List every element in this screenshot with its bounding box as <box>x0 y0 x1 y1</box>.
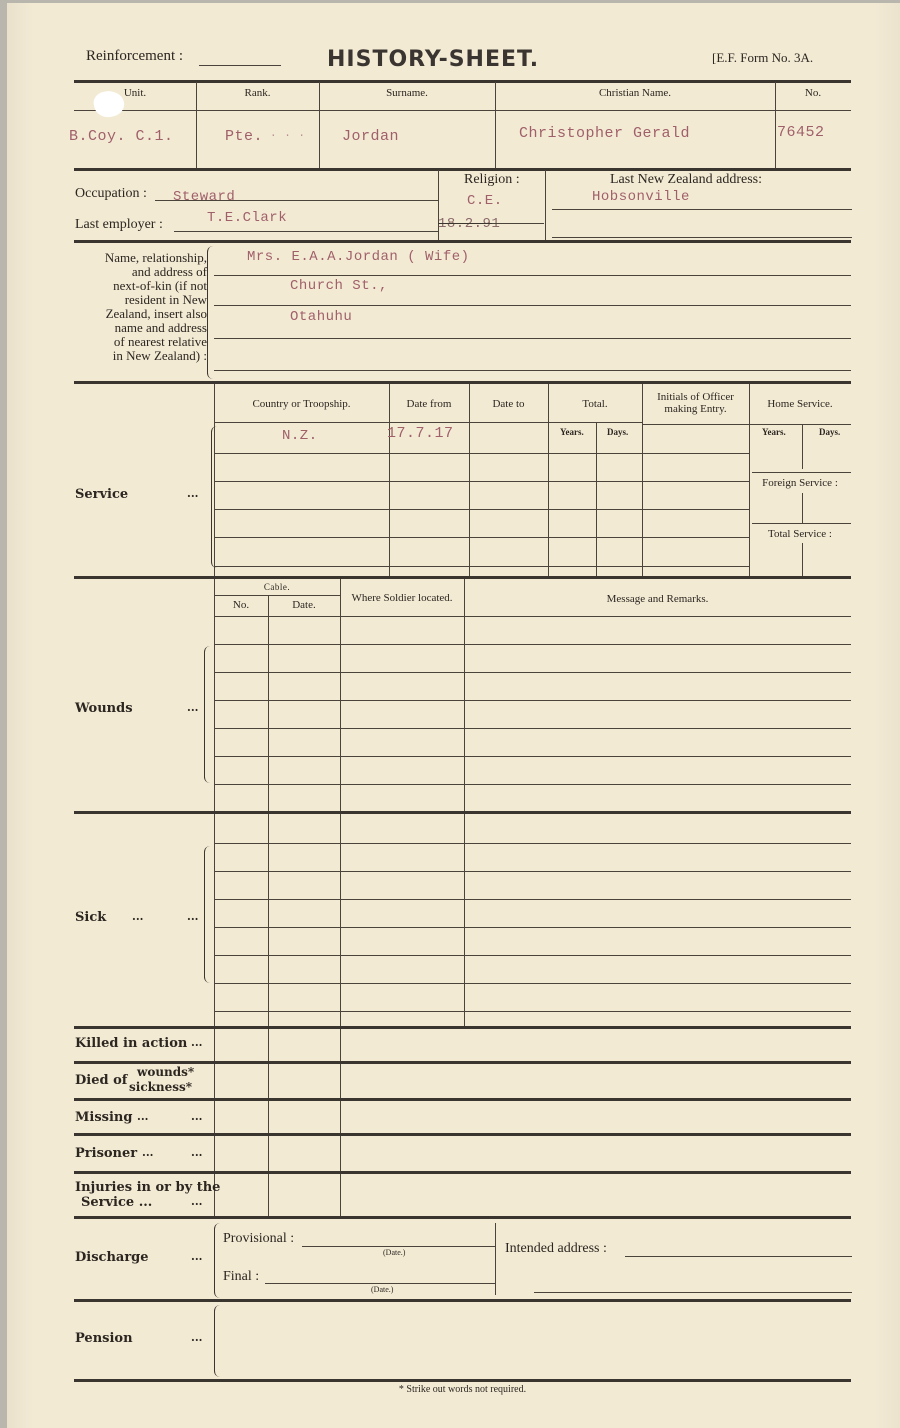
last-employer-value: T.E.Clark <box>207 210 287 226</box>
injuries-dots: ... <box>191 1195 203 1208</box>
sick-dots: ... <box>132 910 144 923</box>
wounds-row-line <box>214 784 851 785</box>
next-of-kin-field[interactable] <box>214 305 851 306</box>
final-date-caption: (Date.) <box>371 1285 393 1294</box>
prisoner-dots: ... <box>191 1146 203 1159</box>
rule <box>74 576 851 579</box>
service-row-line <box>214 481 749 482</box>
service-country-value: N.Z. <box>282 428 318 444</box>
missing-label: Missing <box>75 1110 132 1125</box>
divider <box>596 423 597 576</box>
rule <box>74 381 851 384</box>
divider <box>545 170 546 240</box>
rule <box>74 110 851 111</box>
intended-address-field[interactable] <box>625 1256 852 1257</box>
col-unit: Unit. <box>74 87 196 99</box>
prisoner-label: Prisoner <box>75 1146 137 1161</box>
wounds-row-line <box>214 616 851 617</box>
rule <box>74 1379 851 1382</box>
total-days: Days. <box>607 427 628 437</box>
killed-label: Killed in action <box>75 1036 187 1051</box>
next-of-kin-field[interactable] <box>214 370 851 371</box>
injuries-label-1: Injuries in or by the <box>75 1180 220 1195</box>
rule <box>752 523 851 524</box>
service-row-line <box>214 453 749 454</box>
rule <box>74 1026 851 1029</box>
brace <box>207 246 213 379</box>
rule <box>642 424 749 425</box>
religion-label: Religion : <box>464 172 520 188</box>
wounds-row-line <box>214 672 851 673</box>
col-date-from: Date from <box>389 398 469 410</box>
brace <box>214 1305 220 1377</box>
rule <box>74 1299 851 1302</box>
divider <box>319 82 320 168</box>
died-of-label: Died of <box>75 1073 127 1088</box>
prisoner-dots: ... <box>142 1146 154 1159</box>
reinforcement-field[interactable] <box>199 65 281 66</box>
service-row-line <box>214 566 749 567</box>
wounds-row-line <box>214 756 851 757</box>
next-of-kin-field[interactable] <box>214 275 851 276</box>
brace <box>204 846 210 983</box>
final-label: Final : <box>223 1269 259 1285</box>
form-number: [E.F. Form No. 3A. <box>712 50 813 66</box>
rule <box>74 168 851 171</box>
rule <box>74 811 851 814</box>
sick-dots: ... <box>187 910 199 923</box>
rule <box>214 422 642 423</box>
occupation-value: Steward <box>173 189 235 205</box>
last-nz-address-label: Last New Zealand address: <box>610 172 762 188</box>
home-days: Days. <box>819 427 840 437</box>
sick-label: Sick <box>75 910 106 925</box>
col-country: Country or Troopship. <box>214 398 389 410</box>
occupation-label: Occupation : <box>75 186 147 202</box>
service-label: Service <box>75 487 128 502</box>
cable-no: No. <box>214 599 268 611</box>
col-total: Total. <box>548 398 642 410</box>
foreign-service-label: Foreign Service : <box>749 477 851 489</box>
last-employer-field[interactable] <box>174 231 438 232</box>
last-employer-label: Last employer : <box>75 217 163 233</box>
col-home-service: Home Service. <box>749 398 851 410</box>
religion-value: C.E. <box>467 193 503 209</box>
service-row-line <box>214 537 749 538</box>
col-christian-name: Christian Name. <box>495 87 775 99</box>
rule <box>749 424 851 425</box>
wounds-row-line <box>214 700 851 701</box>
rule <box>214 595 340 596</box>
divider <box>548 384 549 576</box>
religion-date: 18.2.91 <box>438 216 500 232</box>
sick-row-line <box>214 983 851 984</box>
divider <box>802 424 803 469</box>
total-service-label: Total Service : <box>749 528 851 540</box>
unit-value: B.Coy. C.1. <box>69 128 174 145</box>
rule <box>492 223 544 224</box>
final-date-field[interactable] <box>265 1283 495 1284</box>
address-field-line[interactable] <box>552 237 852 238</box>
cable-label: Cable. <box>214 582 340 592</box>
next-of-kin-line-3: Otahuhu <box>290 309 352 325</box>
where-located-label: Where Soldier located. <box>340 592 464 604</box>
rule <box>74 1098 851 1101</box>
rule <box>74 240 851 243</box>
next-of-kin-line-1: Mrs. E.A.A.Jordan ( Wife) <box>247 249 470 265</box>
intended-address-label: Intended address : <box>505 1241 607 1257</box>
rule <box>74 80 851 83</box>
service-row-line <box>214 509 749 510</box>
address-field-line[interactable] <box>552 209 852 210</box>
rule <box>74 1171 851 1174</box>
sick-row-line <box>214 871 851 872</box>
footer-note: * Strike out words not required. <box>74 1384 851 1395</box>
service-dots: ... <box>187 487 199 500</box>
discharge-dots: ... <box>191 1250 203 1263</box>
sick-row-line <box>214 843 851 844</box>
died-sickness: sickness* <box>129 1080 192 1094</box>
provisional-date-caption: (Date.) <box>383 1248 405 1257</box>
cable-date: Date. <box>268 599 340 611</box>
divider <box>268 596 269 1218</box>
history-sheet-page: Reinforcement : HISTORY-SHEET. [E.F. For… <box>7 3 900 1428</box>
rule <box>74 1216 851 1219</box>
wounds-row-line <box>214 728 851 729</box>
remarks-label: Message and Remarks. <box>464 593 851 605</box>
wounds-dots: ... <box>187 701 199 714</box>
divider <box>495 1223 496 1295</box>
died-wounds: wounds* <box>137 1065 194 1079</box>
rule <box>74 1061 851 1064</box>
provisional-date-field[interactable] <box>302 1246 495 1247</box>
rank-value: Pte. <box>225 128 263 145</box>
divider <box>775 82 776 168</box>
divider <box>389 384 390 576</box>
total-years: Years. <box>560 427 584 437</box>
killed-dots: ... <box>191 1036 203 1049</box>
brace <box>211 426 217 568</box>
rule <box>74 1133 851 1136</box>
next-of-kin-line-2: Church St., <box>290 278 388 294</box>
home-years: Years. <box>762 427 786 437</box>
christian-name-value: Christopher Gerald <box>519 125 690 142</box>
surname-value: Jordan <box>342 128 399 145</box>
rank-dots: . . . <box>270 128 306 140</box>
col-surname: Surname. <box>319 87 495 99</box>
discharge-label: Discharge <box>75 1250 149 1265</box>
divider <box>196 82 197 168</box>
wounds-row-line <box>214 644 851 645</box>
divider <box>495 82 496 168</box>
sick-row-line <box>214 899 851 900</box>
provisional-label: Provisional : <box>223 1231 294 1247</box>
next-of-kin-label: Name, relationship, and address of next-… <box>67 251 207 363</box>
number-value: 76452 <box>777 124 825 141</box>
intended-address-field[interactable] <box>534 1292 852 1293</box>
service-date-from-value: 17.7.17 <box>387 425 454 442</box>
brace <box>204 646 210 783</box>
col-number: No. <box>775 87 851 99</box>
divider <box>802 493 803 523</box>
col-initials: Initials of Officer making Entry. <box>642 391 749 415</box>
reinforcement-label: Reinforcement : <box>86 48 183 65</box>
sick-row-line <box>214 927 851 928</box>
wounds-label: Wounds <box>75 701 133 716</box>
divider <box>469 384 470 576</box>
rule <box>752 472 851 473</box>
col-rank: Rank. <box>196 87 319 99</box>
brace <box>214 1223 220 1298</box>
pension-dots: ... <box>191 1331 203 1344</box>
next-of-kin-field[interactable] <box>214 338 851 339</box>
divider <box>802 543 803 576</box>
sick-row-line <box>214 1011 851 1012</box>
injuries-label-2: Service ... <box>81 1195 152 1210</box>
col-date-to: Date to <box>469 398 548 410</box>
page-title: HISTORY-SHEET. <box>327 47 539 72</box>
pension-label: Pension <box>75 1331 133 1346</box>
missing-dots: ... <box>137 1110 149 1123</box>
sick-row-line <box>214 955 851 956</box>
last-nz-address-value: Hobsonville <box>592 189 690 205</box>
divider <box>464 579 465 1029</box>
missing-dots: ... <box>191 1110 203 1123</box>
